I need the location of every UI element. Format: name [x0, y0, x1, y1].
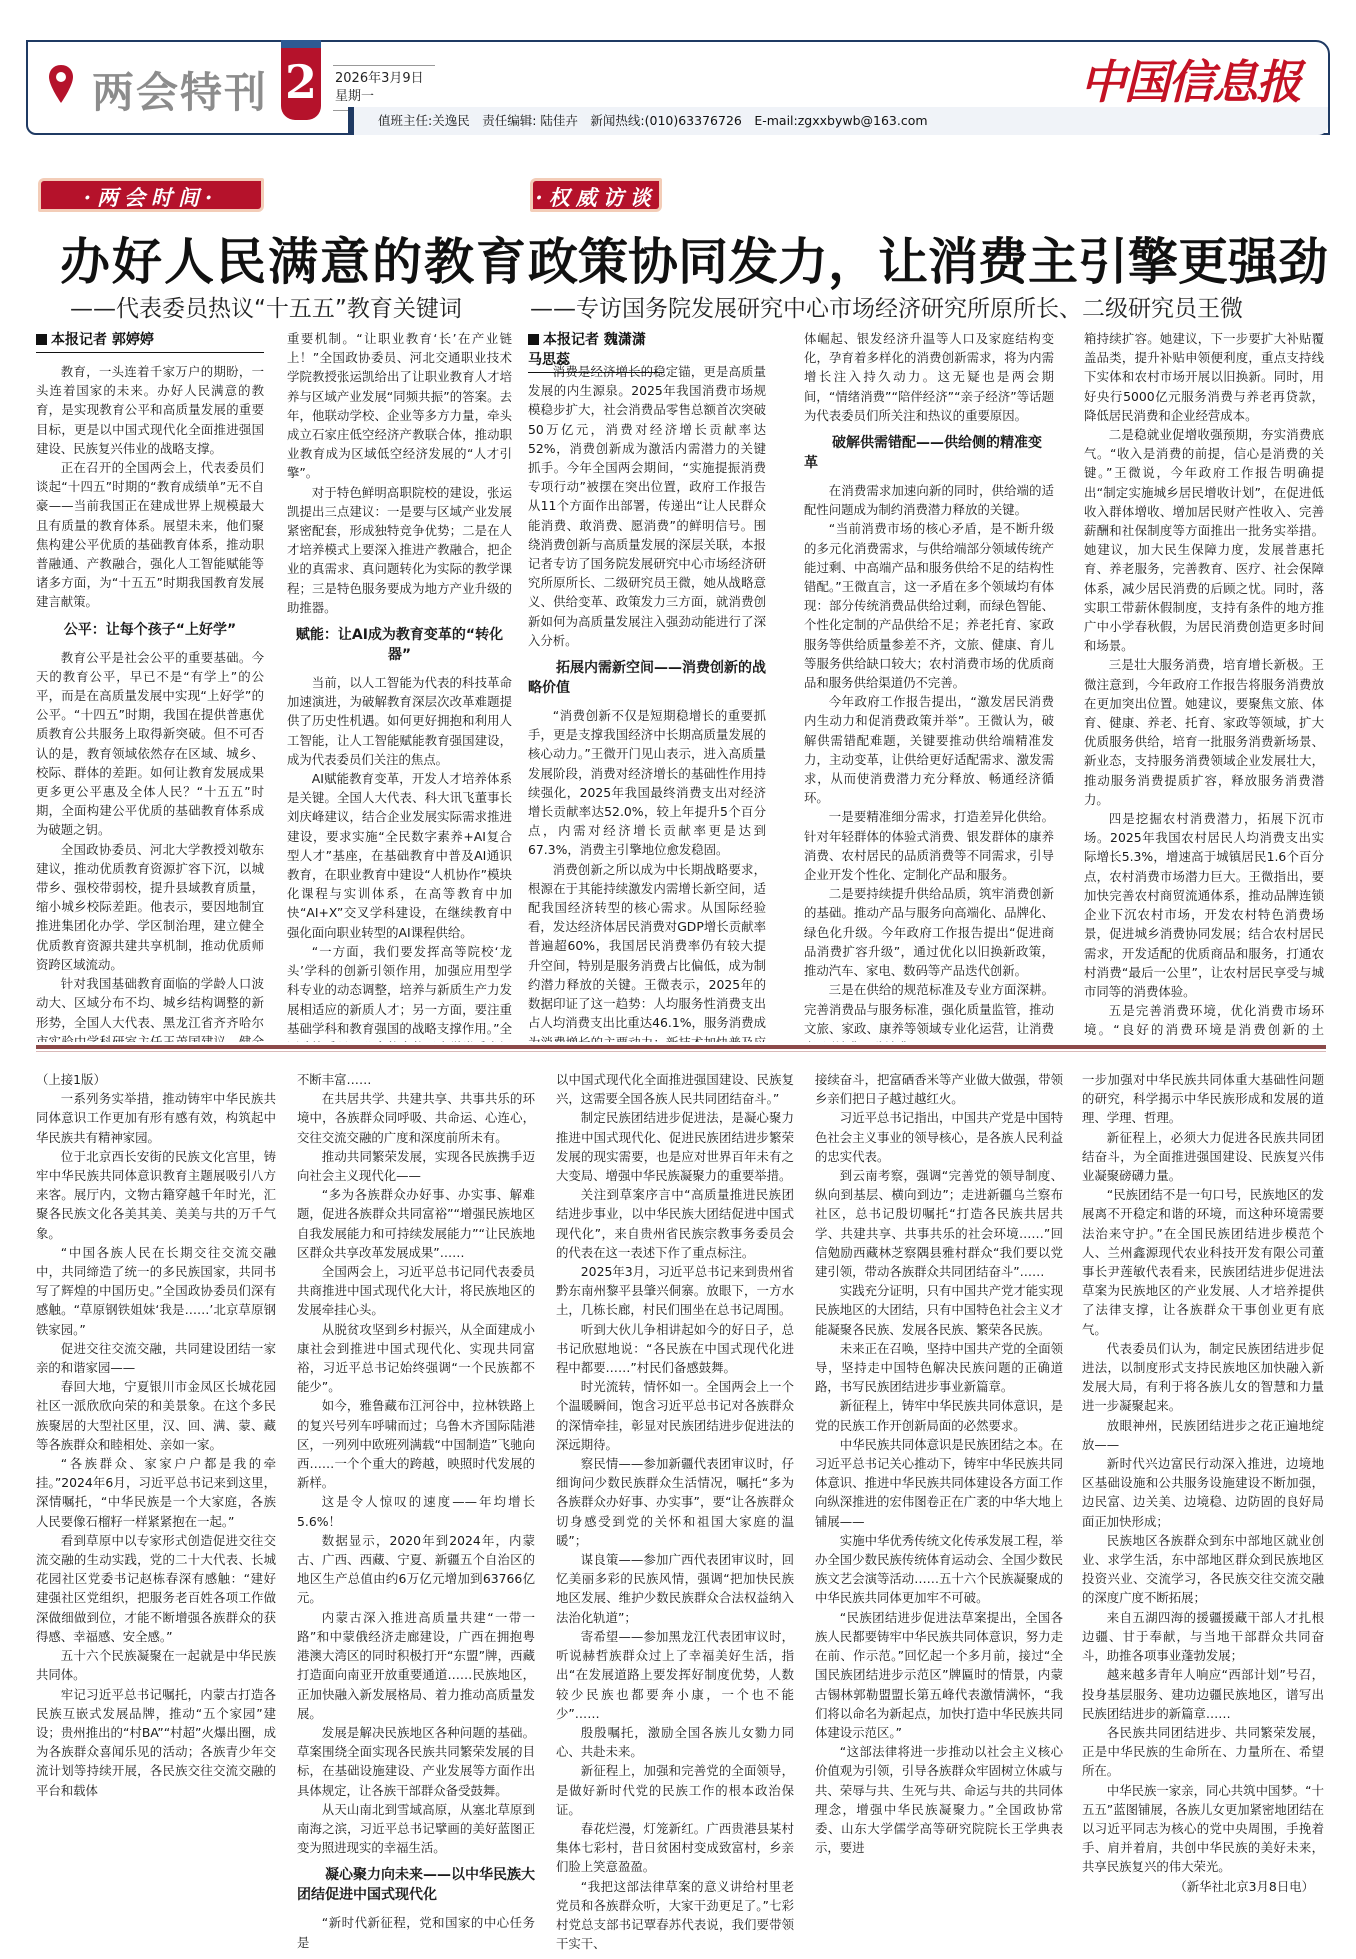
- article-bottom-column-5: 一步加强对中华民族共同体重大基础性问题的研究，科学揭示中华民族形成和发展的道理、…: [1082, 1070, 1324, 1950]
- paragraph: 二是要持续提升供给品质，筑牢消费创新的基础。推动产品与服务向高端化、品牌化、绿色…: [804, 884, 1054, 980]
- section-heading-supply-side: 破解供需错配——供给侧的精准变革: [804, 433, 1054, 473]
- paragraph: 中华民族共同体意识是民族团结之本。在习近平总书记关心推动下，铸牢中华民族共同体意…: [815, 1435, 1063, 1531]
- paragraph: 重要机制。“让职业教育‘长’在产业链上！”全国政协委员、河北交通职业技术学院教授…: [287, 329, 512, 483]
- section-divider-shadow: [36, 1051, 1326, 1052]
- paragraph: 位于北京西长安街的民族文化宫里，铸牢中华民族共同体意识教育主题展吸引八方来客。展…: [36, 1147, 276, 1243]
- paragraph: 春回大地，宁夏银川市金凤区长城花园社区一派欣欣向荣的和美景象。在这个多民族聚居的…: [36, 1377, 276, 1454]
- article-bottom-column-1: （上接1版） 一系列务实举措，推动铸牢中华民族共同体意识工作更加有形有感有效，构…: [36, 1070, 276, 1950]
- paragraph: 听到大伙儿争相讲起如今的好日子，总书记欣慰地说：“各民族在中国式现代化进程中都要…: [556, 1320, 794, 1378]
- paragraph: 教育公平是社会公平的重要基础。今天的教育公平，早已不是“有学上”的公平，而是在高…: [36, 648, 264, 840]
- paragraph: 寄希望——参加黑龙江代表团审议时，听说赫哲族群众过上了幸福美好生活，指出“在发展…: [556, 1627, 794, 1723]
- paragraph: 一是要精准细分需求，打造差异化供给。针对年轻群体的体验式消费、银发群体的康养消费…: [804, 807, 1054, 884]
- paragraph: “新时代新征程，党和国家的中心任务是: [297, 1913, 535, 1950]
- paragraph: 发展是解决民族地区各种问题的基础。草案围绕全面实现各民族共同繁荣发展的目标，在基…: [297, 1723, 535, 1800]
- article-bottom-column-4: 接续奋斗，把富硒香米等产业做大做强，带领乡亲们把日子越过越红火。 习近平总书记指…: [815, 1070, 1063, 1950]
- paragraph: 一系列务实举措，推动铸牢中华民族共同体意识工作更加有形有感有效，构筑起中华民族共…: [36, 1089, 276, 1147]
- byline-education: 本报记者 郭婷婷: [36, 329, 264, 353]
- paragraph: “中国各族人民在长期交往交流交融中，共同缔造了统一的多民族国家，共同书写了辉煌的…: [36, 1243, 276, 1339]
- paragraph: 看到草原中以专家形式创造促进交往交流交融的生动实践，党的二十大代表、长城花园社区…: [36, 1531, 276, 1646]
- paragraph: “民族团结不是一句口号，民族地区的发展离不开稳定和谐的环境，而这种环境需要法治来…: [1082, 1185, 1324, 1339]
- paragraph: 数据显示，2020年到2024年，内蒙古、广西、西藏、宁夏、新疆五个自治区的地区…: [297, 1531, 535, 1608]
- paragraph: 四是挖掘农村消费潜力，拓展下沉市场。2025年我国农村居民人均消费支出实际增长5…: [1084, 809, 1324, 1001]
- continued-from-label: （上接1版）: [36, 1070, 276, 1089]
- paragraph: 察民情——参加新疆代表团审议时，仔细询问少数民族群众生活情况，嘱托“多为各族群众…: [556, 1454, 794, 1550]
- paragraph: 正在召开的全国两会上，代表委员们谈起“十四五”时期的“教育成绩单”无不自豪——当…: [36, 458, 264, 612]
- article-consumption-column-3: 箱持续扩容。她建议，下一步要扩大补贴覆盖品类，提升补贴申领便利度，重点支持线下实…: [1084, 329, 1324, 1042]
- paragraph: 二是稳就业促增收强预期，夯实消费底气。“收入是消费的前提，信心是消费的关键。”王…: [1084, 425, 1324, 655]
- section-tag-interview: ·权威访谈·: [530, 178, 662, 212]
- paragraph: 对于特色鲜明高职院校的建设，张运凯提出三点建议：一是要与区域产业发展紧密配套，形…: [287, 483, 512, 617]
- square-bullet-icon: [36, 334, 47, 345]
- paragraph: 消费创新之所以成为中长期战略要求，根源在于其能持续激发内需增长新空间，适配我国经…: [528, 860, 766, 1042]
- paragraph: 牢记习近平总书记嘱托，内蒙古打造各民族互嵌式发展品牌，推动“五个家园”建设；贵州…: [36, 1685, 276, 1800]
- section-heading-domestic-demand: 拓展内需新空间——消费创新的战略价值: [528, 658, 766, 698]
- paragraph: 教育，一头连着千家万户的期盼，一头连着国家的未来。办好人民满意的教育，是实现教育…: [36, 362, 264, 458]
- byline-text: 本报记者 郭婷婷: [51, 332, 154, 348]
- paragraph: 全国政协委员、河北大学教授刘敬东建议，推动优质教育资源扩容下沉，以城带乡、强校带…: [36, 840, 264, 974]
- paragraph: “民族团结进步促进法草案提出，全国各族人民都要铸牢中华民族共同体意识，努力走在前…: [815, 1608, 1063, 1742]
- paragraph: 未来正在召唤，坚持中国共产党的全面领导，坚持走中国特色解决民族问题的正确道路，书…: [815, 1339, 1063, 1397]
- location-pin-icon: [48, 64, 74, 104]
- article-education-column-2: 重要机制。“让职业教育‘长’在产业链上！”全国政协委员、河北交通职业技术学院教授…: [287, 329, 512, 1042]
- paragraph: 来自五湖四海的援疆援藏干部人才扎根边疆、甘于奉献，与当地干部群众共同奋斗，助推各…: [1082, 1608, 1324, 1666]
- paragraph: 实施中华优秀传统文化传承发展工程，举办全国少数民族传统体育运动会、全国少数民族文…: [815, 1531, 1063, 1608]
- headline-consumption: 政策协同发力，让消费主引擎更强劲: [528, 222, 1328, 294]
- paragraph: 新征程上，铸牢中华民族共同体意识，是党的民族工作开创新局面的必然要求。: [815, 1396, 1063, 1434]
- paragraph: 消费是经济增长的稳定锚，更是高质量发展的内生源泉。2025年我国消费市场规模稳步…: [528, 362, 766, 650]
- paragraph: 制定民族团结进步促进法，是凝心聚力推进中国式现代化、促进民族团结进步繁荣发展的现…: [556, 1108, 794, 1185]
- section-heading-ai: 赋能：让AI成为教育变革的“转化器”: [287, 625, 512, 665]
- paragraph: 接续奋斗，把富硒香米等产业做大做强，带领乡亲们把日子越过越红火。: [815, 1070, 1063, 1108]
- paragraph: 五是完善消费环境，优化消费市场环境。“良好的消费环境是消费创新的土壤。”王微强调…: [1084, 1001, 1324, 1042]
- page-number-badge: 2: [281, 40, 321, 120]
- dateline-sign-off: （新华社北京3月8日电）: [1082, 1877, 1324, 1896]
- paragraph: 谋良策——参加广西代表团审议时，回忆美丽多彩的民族风情，强调“把加快民族地区发展…: [556, 1550, 794, 1627]
- paragraph: “一方面，我们要发挥高等院校‘龙头’学科的创新引领作用，加强应用型学科专业的动态…: [287, 942, 512, 1042]
- section-heading-fairness: 公平：让每个孩子“上好学”: [36, 620, 264, 640]
- paragraph: 殷殷嘱托，激励全国各族儿女勠力同心、共赴未来。: [556, 1723, 794, 1761]
- paragraph: 体崛起、银发经济升温等人口及家庭结构变化，孕育着多样化的消费创新需求，将为内需增…: [804, 329, 1054, 425]
- article-bottom-column-2: 不断丰富…… 在共居共学、共建共享、共事共乐的环境中，各族群众同呼吸、共命运、心…: [297, 1070, 535, 1950]
- editorial-credits: 值班主任:关逸民 责任编辑: 陆佳卉 新闻热线:(010)63376726 E-…: [348, 107, 1328, 135]
- paragraph: “各族群众、家家户户都是我的牵挂。”2024年6月，习近平总书记来到这里，深情嘱…: [36, 1454, 276, 1531]
- paragraph: 时光流转，情怀如一。全国两会上一个个温暖瞬间，饱含习近平总书记对各族群众的深情牵…: [556, 1377, 794, 1454]
- paragraph: 推动共同繁荣发展，实现各民族携手迈向社会主义现代化——: [297, 1147, 535, 1185]
- section-heading-unity: 凝心聚力向未来——以中华民族大团结促进中国式现代化: [297, 1865, 535, 1905]
- paragraph: 放眼神州，民族团结进步之花正遍地绽放——: [1082, 1416, 1324, 1454]
- paragraph: 箱持续扩容。她建议，下一步要扩大补贴覆盖品类，提升补贴申领便利度，重点支持线下实…: [1084, 329, 1324, 425]
- weekday-text: 星期一: [335, 88, 435, 106]
- paragraph: 习近平总书记指出，中国共产党是中国特色社会主义事业的领导核心，是各族人民利益的忠…: [815, 1108, 1063, 1166]
- paragraph: 2025年3月，习近平总书记来到贵州省黔东南州黎平县肇兴侗寨。放眼下，一方水土，…: [556, 1262, 794, 1320]
- section-divider: [36, 1045, 1326, 1049]
- paragraph: 三是壮大服务消费，培育增长新极。王微注意到，今年政府工作报告将服务消费放在更加突…: [1084, 655, 1324, 809]
- paragraph: 中华民族一家亲，同心共筑中国梦。“十五五”蓝图铺展，各族儿女更加紧密地团结在以习…: [1082, 1781, 1324, 1877]
- paragraph: 促进交往交流交融，共同建设团结一家亲的和谐家园——: [36, 1339, 276, 1377]
- paragraph: 新时代兴边富民行动深入推进，边境地区基础设施和公共服务设施建设不断加强，边民富、…: [1082, 1454, 1324, 1531]
- issue-date: 2026年3月9日 星期一: [333, 65, 435, 111]
- paragraph: 今年政府工作报告提出，“激发居民消费内生动力和促消费政策并举”。王微认为，破解供…: [804, 692, 1054, 807]
- paragraph: 全国两会上，习近平总书记同代表委员共商推进中国式现代化大计，将民族地区的发展牵挂…: [297, 1262, 535, 1320]
- paragraph: “多为各族群众办好事、办实事、解难题，促进各族群众共同富裕”“增强民族地区自我发…: [297, 1185, 535, 1262]
- paragraph: 新征程上，必须大力促进各民族共同团结奋斗，为全面推进强国建设、民族复兴伟业凝聚磅…: [1082, 1128, 1324, 1186]
- paragraph: 从天山南北到雪域高原，从塞北草原到南海之滨，习近平总书记擘画的美好蓝图正变为照进…: [297, 1800, 535, 1858]
- paragraph: “这部法律将进一步推动以社会主义核心价值观为引领，引导各族群众牢固树立休戚与共、…: [815, 1742, 1063, 1857]
- article-education-column-1: 教育，一头连着千家万户的期盼，一头连着国家的未来。办好人民满意的教育，是实现教育…: [36, 362, 264, 1042]
- paragraph: 春花烂漫，灯笼新红。广西贵港县某村集体七彩村，昔日贫困村变成致富村，乡亲们脸上笑…: [556, 1819, 794, 1877]
- paragraph: 当前，以人工智能为代表的科技革命加速演进，为破解教育深层次改革难题提供了历史性机…: [287, 673, 512, 769]
- article-bottom-column-3: 以中国式现代化全面推进强国建设、民族复兴，这需要全国各族人民共同团结奋斗。” 制…: [556, 1070, 794, 1950]
- paragraph: “我把这部法律草案的意义讲给村里老党员和各族群众听，大家干劲更足了。”七彩村党总…: [556, 1877, 794, 1950]
- article-consumption-column-1: 消费是经济增长的稳定锚，更是高质量发展的内生源泉。2025年我国消费市场规模稳步…: [528, 362, 766, 1042]
- paragraph: 如今，雅鲁藏布江河谷中，拉林铁路上的复兴号列车呼啸而过；乌鲁木齐国际陆港区，一列…: [297, 1396, 535, 1492]
- date-text: 2026年3月9日: [335, 70, 435, 88]
- paragraph: 到云南考察，强调“完善党的领导制度、纵向到基层、横向到边”；走进新疆乌兰察布社区…: [815, 1166, 1063, 1281]
- paragraph: “消费创新不仅是短期稳增长的重要抓手，更是支撑我国经济中长期高质量发展的核心动力…: [528, 706, 766, 860]
- paragraph: 在消费需求加速向新的同时，供给端的适配性问题成为制约消费潜力释放的关键。: [804, 481, 1054, 519]
- paragraph: 不断丰富……: [297, 1070, 535, 1089]
- paragraph: 关注到草案序言中“高质量推进民族团结进步事业，以中华民族大团结促进中国式现代化”…: [556, 1185, 794, 1262]
- paragraph: 从脱贫攻坚到乡村振兴，从全面建成小康社会到推进中国式现代化、实现共同富裕，习近平…: [297, 1320, 535, 1397]
- paragraph: 三是在供给的规范标准及专业方面深耕。完善消费品与服务标准，强化质量监管，推动文旅…: [804, 980, 1054, 1042]
- paragraph: 五十六个民族凝聚在一起就是中华民族共同体。: [36, 1646, 276, 1684]
- paragraph: 内蒙古深入推进高质量共建“一带一路”和中蒙俄经济走廊建设，广西在拥抱粤港澳大湾区…: [297, 1608, 535, 1723]
- article-consumption-column-2: 体崛起、银发经济升温等人口及家庭结构变化，孕育着多样化的消费创新需求，将为内需增…: [804, 329, 1054, 1042]
- masthead: 两会特刊 2 2026年3月9日 星期一 中国信息报 值班主任:关逸民 责任编辑…: [26, 40, 1330, 135]
- paragraph: “当前消费市场的核心矛盾，是不断升级的多元化消费需求，与供给端部分领域传统产能过…: [804, 519, 1054, 692]
- square-bullet-icon: [528, 334, 539, 345]
- paragraph: 实践充分证明，只有中国共产党才能实现民族地区的大团结，只有中国特色社会主义才能凝…: [815, 1281, 1063, 1339]
- paragraph: 以中国式现代化全面推进强国建设、民族复兴，这需要全国各族人民共同团结奋斗。”: [556, 1070, 794, 1108]
- paragraph: 代表委员们认为，制定民族团结进步促进法，以制度形式支持民族地区加快融入新发展大局…: [1082, 1339, 1324, 1416]
- paragraph: 针对我国基础教育面临的学龄人口波动大、区域分布不均、城乡结构调整的新形势，全国人…: [36, 974, 264, 1042]
- subheadline-consumption: ——专访国务院发展研究中心市场经济研究所原所长、二级研究员王微: [530, 290, 1243, 323]
- headline-education: 办好人民满意的教育: [60, 222, 528, 294]
- paragraph: 新征程上，加强和完善党的全面领导，是做好新时代党的民族工作的根本政治保证。: [556, 1761, 794, 1819]
- paragraph: 各民族共同团结进步、共同繁荣发展，正是中华民族的生命所在、力量所在、希望所在。: [1082, 1723, 1324, 1781]
- section-tag-two-sessions: ·两会时间·: [38, 178, 264, 212]
- paragraph: 这是令人惊叹的速度——年均增长5.6%！: [297, 1492, 535, 1530]
- paragraph: AI赋能教育变革，开发人才培养体系是关键。全国人大代表、科大讯飞董事长刘庆峰建议…: [287, 769, 512, 942]
- paragraph: 在共居共学、共建共享、共事共乐的环境中，各族群众同呼吸、共命运、心连心，交往交流…: [297, 1089, 535, 1147]
- newspaper-logo: 中国信息报: [1080, 46, 1300, 112]
- paragraph: 越来越多青年人响应“西部计划”号召，投身基层服务、建功边疆民族地区，谱写出民族团…: [1082, 1665, 1324, 1723]
- paragraph: 一步加强对中华民族共同体重大基础性问题的研究，科学揭示中华民族形成和发展的道理、…: [1082, 1070, 1324, 1128]
- subheadline-education: ——代表委员热议“十五五”教育关键词: [70, 290, 462, 323]
- paragraph: 民族地区各族群众到东中部地区就业创业、求学生活，东中部地区群众到民族地区投资兴业…: [1082, 1531, 1324, 1608]
- section-title: 两会特刊: [92, 60, 268, 120]
